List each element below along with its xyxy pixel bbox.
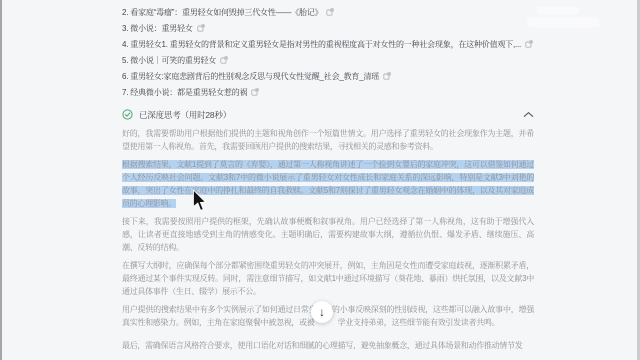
deep-think-toggle[interactable]: 已深度思考（用时28秒）: [122, 107, 534, 122]
search-result-item[interactable]: 2. 看家庭“毒瘤”：重男轻女如何毁掉三代女性——《胎记》: [122, 4, 534, 20]
mouse-cursor: [192, 190, 208, 213]
text-selection-highlight: 根据搜索结果，文献1提到了莫言的《弃婴》，通过第一人称视角讲述了一个捡到女婴后的…: [122, 160, 534, 208]
watermark: [527, 7, 605, 29]
search-result-item[interactable]: 4. 重男轻女1. 重男轻女的背景和定义重男轻女是指对男性的重视程度高于对女性的…: [122, 36, 534, 52]
search-result-item[interactable]: 7. 经典微小说：都是重男轻女惹的祸: [122, 84, 534, 100]
search-result-text: 2. 看家庭“毒瘤”：重男轻女如何毁掉三代女性——《胎记》: [122, 7, 322, 18]
external-link-icon[interactable]: [220, 56, 228, 64]
search-result-item[interactable]: 3. 微小说：重男轻女: [122, 20, 534, 36]
down-arrow-icon: ↓: [319, 306, 325, 318]
external-link-icon[interactable]: [525, 40, 533, 48]
search-result-text: 3. 微小说：重男轻女: [122, 23, 193, 34]
external-link-icon[interactable]: [383, 72, 391, 80]
thinking-paragraph: 最后，需确保语言风格符合要求，使用口语化对话和细腻的心理描写，避免抽象概念，通过…: [122, 339, 534, 352]
scroll-to-bottom-button[interactable]: ↓: [311, 301, 333, 323]
external-link-icon[interactable]: [197, 24, 205, 32]
chevron-up-icon[interactable]: [523, 111, 534, 118]
app-frame: 2. 看家庭“毒瘤”：重男轻女如何毁掉三代女性——《胎记》 3. 微小说：重男轻…: [0, 0, 640, 360]
external-link-icon[interactable]: [326, 8, 334, 16]
search-result-text: 5. 微小说｜可笑的重男轻女: [122, 55, 216, 66]
video-edge-left: [0, 0, 2, 360]
thinking-paragraph: 在撰写大纲时，应确保每个部分都紧密围绕重男轻女的冲突展开，例如，主角因是女性而遭…: [122, 259, 534, 298]
check-circle-icon: [122, 109, 133, 120]
search-result-item[interactable]: 5. 微小说｜可笑的重男轻女: [122, 52, 534, 68]
search-result-text: 7. 经典微小说：都是重男轻女惹的祸: [122, 87, 247, 98]
external-link-icon[interactable]: [251, 88, 259, 96]
thinking-paragraph-selected: 根据搜索结果，文献1提到了莫言的《弃婴》，通过第一人称视角讲述了一个捡到女婴后的…: [122, 158, 534, 210]
deep-think-label: 已深度思考（用时28秒）: [139, 109, 231, 121]
search-result-text: 6. 重男轻女:家庭悲剧背后的性别观念反思与现代女性觉醒_社会_教育_清瑶: [122, 71, 379, 82]
thinking-paragraph: 好的，我需要帮助用户根据他们提供的主题和视角创作一个短篇世情文。用户选择了重男轻…: [122, 127, 534, 153]
thinking-paragraph: 接下来，我需要按照用户提供的框架，先确认故事梗概和叙事视角。用户已经选择了第一人…: [122, 215, 534, 254]
search-results-list: 2. 看家庭“毒瘤”：重男轻女如何毁掉三代女性——《胎记》 3. 微小说：重男轻…: [122, 0, 534, 100]
search-result-item[interactable]: 6. 重男轻女:家庭悲剧背后的性别观念反思与现代女性觉醒_社会_教育_清瑶: [122, 68, 534, 84]
search-result-text: 4. 重男轻女1. 重男轻女的背景和定义重男轻女是指对男性的重视程度高于对女性的…: [122, 39, 521, 50]
